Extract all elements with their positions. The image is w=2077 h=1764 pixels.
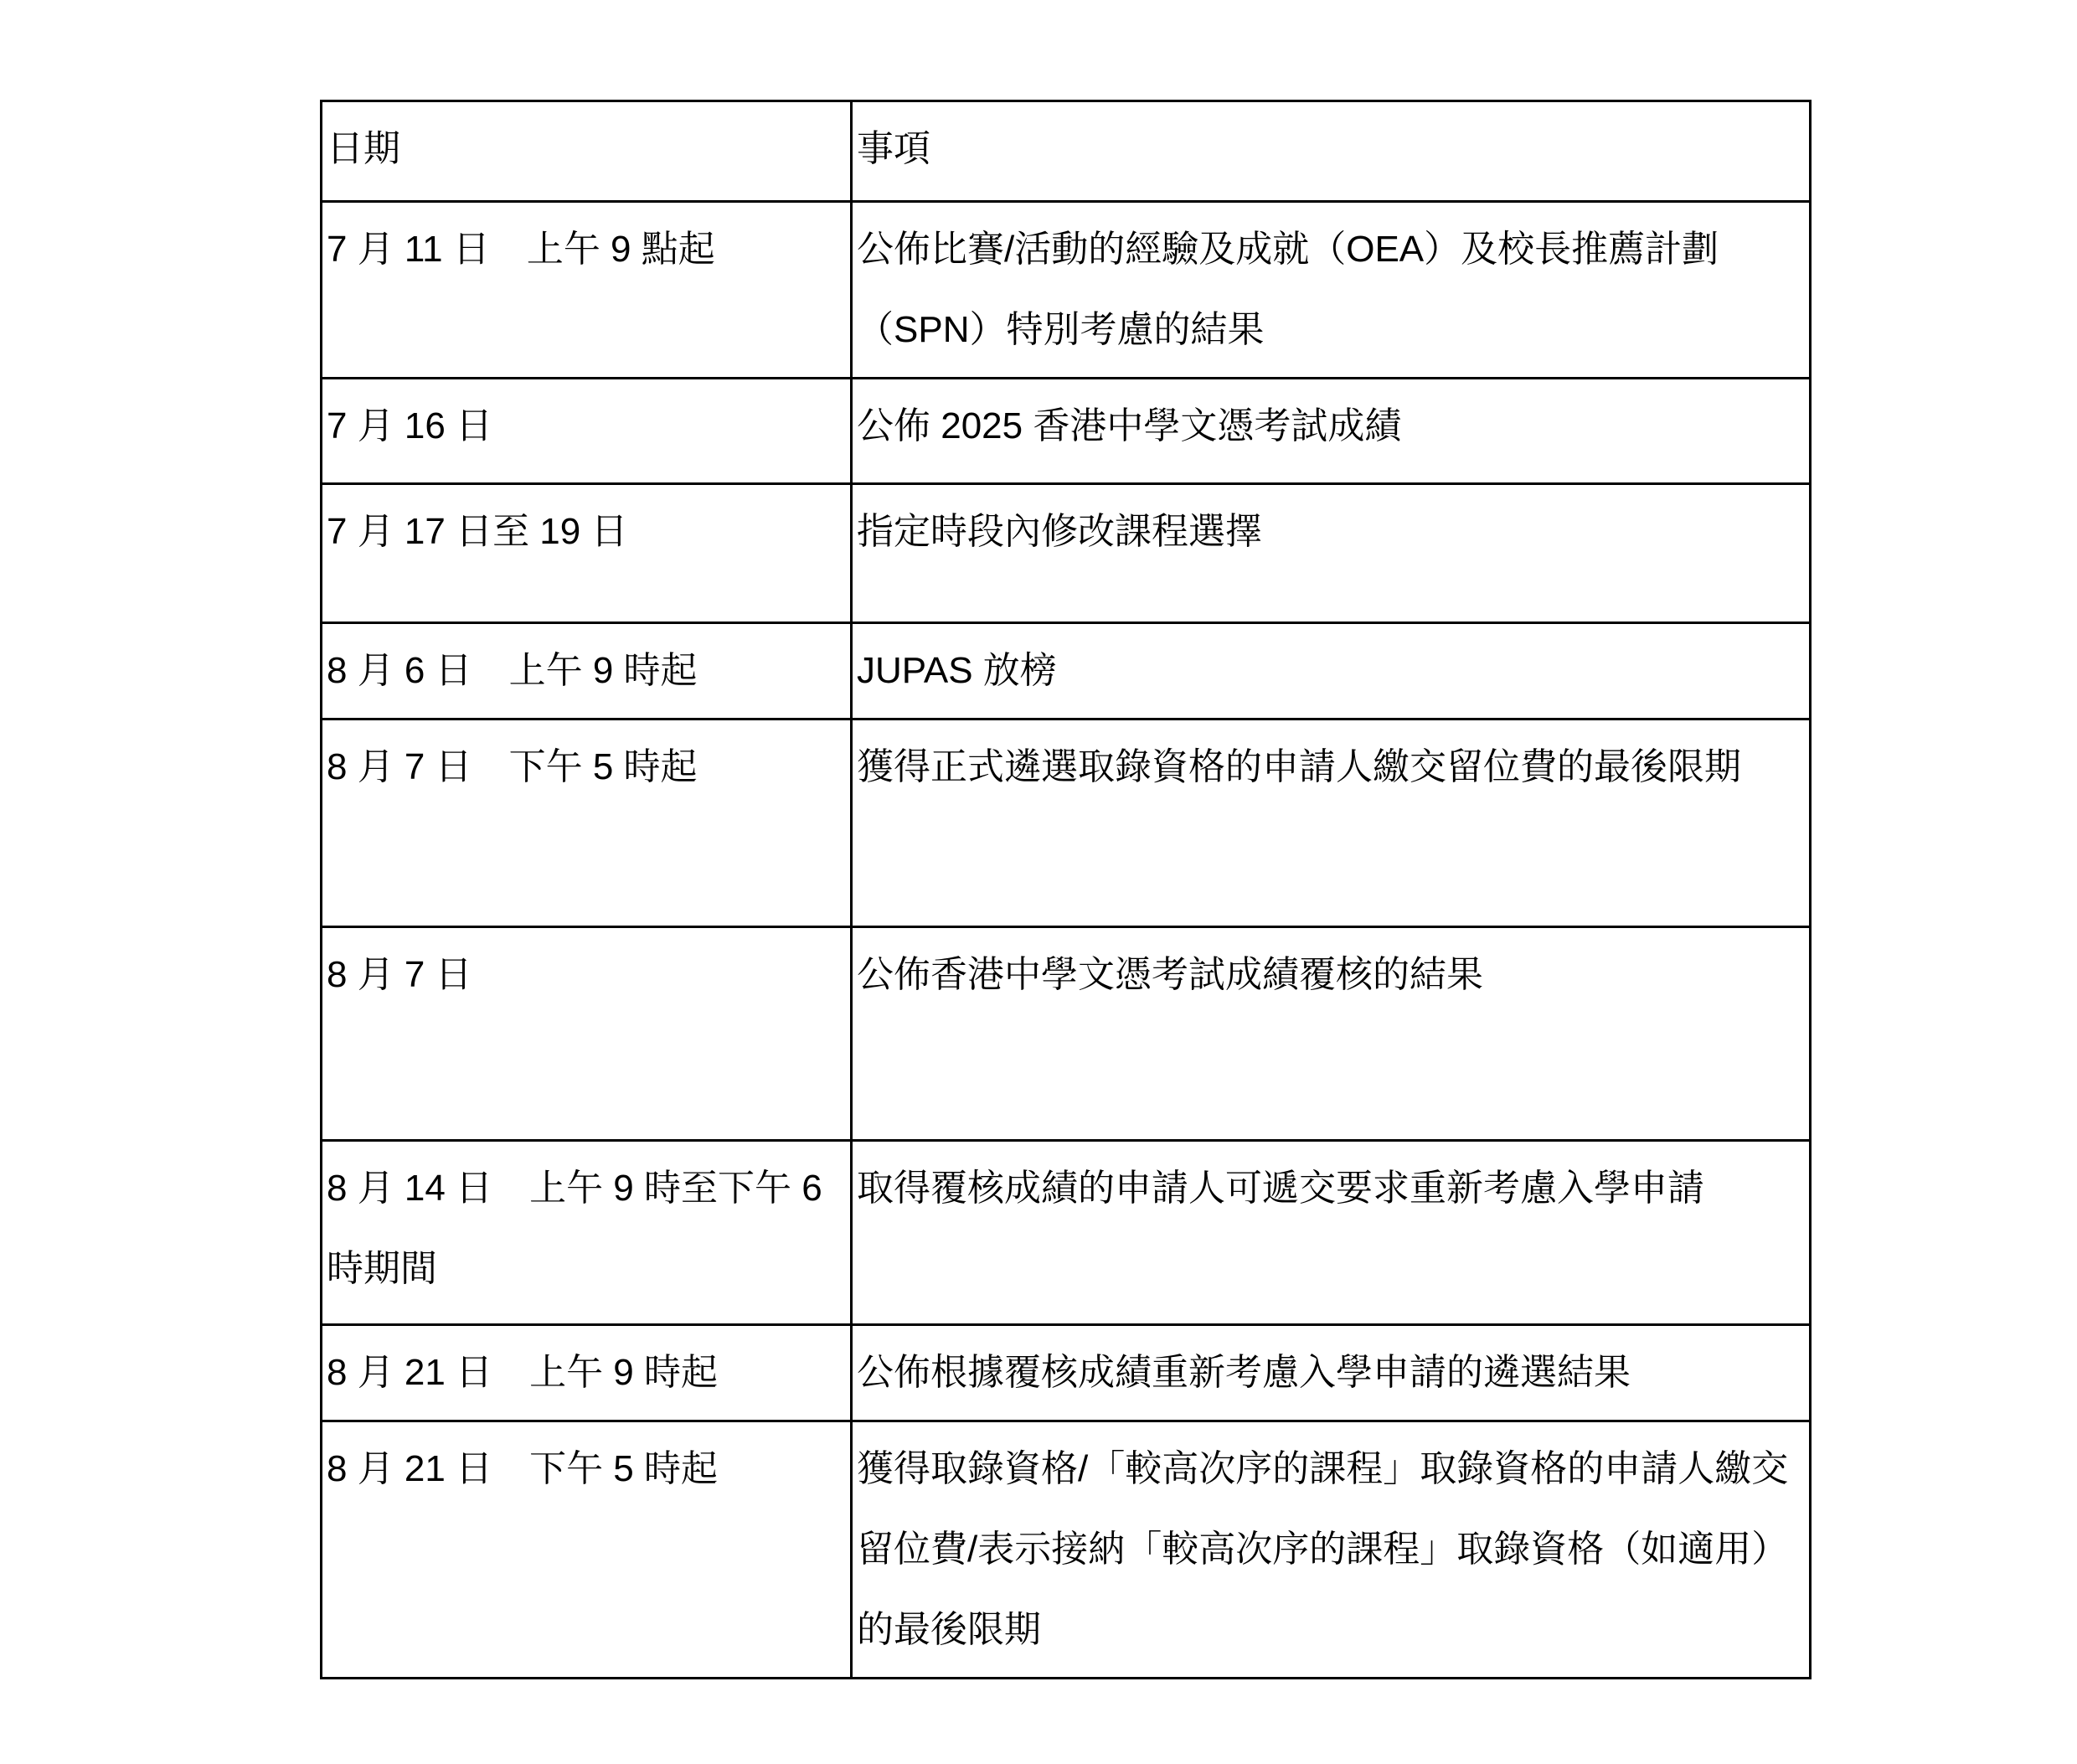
table-row: 8 月 21 日 上午 9 時起 公佈根據覆核成績重新考慮入學申請的遴選結果: [322, 1325, 1811, 1421]
event-cell: 公佈根據覆核成績重新考慮入學申請的遴選結果: [852, 1325, 1811, 1421]
date-column-header: 日期: [322, 101, 852, 202]
date-cell: 7 月 16 日: [322, 379, 852, 484]
date-cell: 8 月 6 日 上午 9 時起: [322, 623, 852, 720]
table-row: 7 月 17 日至 19 日 指定時段內修改課程選擇: [322, 484, 1811, 623]
date-cell: 8 月 21 日 下午 5 時起: [322, 1421, 852, 1679]
table-row: 8 月 21 日 下午 5 時起 獲得取錄資格/「較高次序的課程」取錄資格的申請…: [322, 1421, 1811, 1679]
event-cell: 指定時段內修改課程選擇: [852, 484, 1811, 623]
date-cell: 8 月 21 日 上午 9 時起: [322, 1325, 852, 1421]
event-cell: 公佈香港中學文憑考試成績覆核的結果: [852, 927, 1811, 1141]
date-cell: 8 月 7 日: [322, 927, 852, 1141]
date-cell: 8 月 14 日 上午 9 時至下午 6 時期間: [322, 1141, 852, 1325]
event-cell: 公佈比賽/活動的經驗及成就（OEA）及校長推薦計劃（SPN）特別考慮的結果: [852, 202, 1811, 379]
event-cell: JUPAS 放榜: [852, 623, 1811, 720]
event-cell: 獲得取錄資格/「較高次序的課程」取錄資格的申請人繳交留位費/表示接納「較高次序的…: [852, 1421, 1811, 1679]
date-cell: 8 月 7 日 下午 5 時起: [322, 720, 852, 927]
date-cell: 7 月 17 日至 19 日: [322, 484, 852, 623]
date-cell: 7 月 11 日 上午 9 點起: [322, 202, 852, 379]
schedule-table: 日期 事項 7 月 11 日 上午 9 點起 公佈比賽/活動的經驗及成就（OEA…: [320, 100, 1812, 1679]
table-row: 8 月 14 日 上午 9 時至下午 6 時期間 取得覆核成績的申請人可遞交要求…: [322, 1141, 1811, 1325]
header-row: 日期 事項: [322, 101, 1811, 202]
event-cell: 取得覆核成績的申請人可遞交要求重新考慮入學申請: [852, 1141, 1811, 1325]
event-column-header: 事項: [852, 101, 1811, 202]
table-row: 7 月 16 日 公佈 2025 香港中學文憑考試成績: [322, 379, 1811, 484]
table-row: 8 月 7 日 公佈香港中學文憑考試成績覆核的結果: [322, 927, 1811, 1141]
event-cell: 公佈 2025 香港中學文憑考試成績: [852, 379, 1811, 484]
page: { "document": { "colors": { "background"…: [0, 0, 2077, 1764]
table-row: 7 月 11 日 上午 9 點起 公佈比賽/活動的經驗及成就（OEA）及校長推薦…: [322, 202, 1811, 379]
table-row: 8 月 7 日 下午 5 時起 獲得正式遴選取錄資格的申請人繳交留位費的最後限期: [322, 720, 1811, 927]
event-cell: 獲得正式遴選取錄資格的申請人繳交留位費的最後限期: [852, 720, 1811, 927]
table-row: 8 月 6 日 上午 9 時起 JUPAS 放榜: [322, 623, 1811, 720]
